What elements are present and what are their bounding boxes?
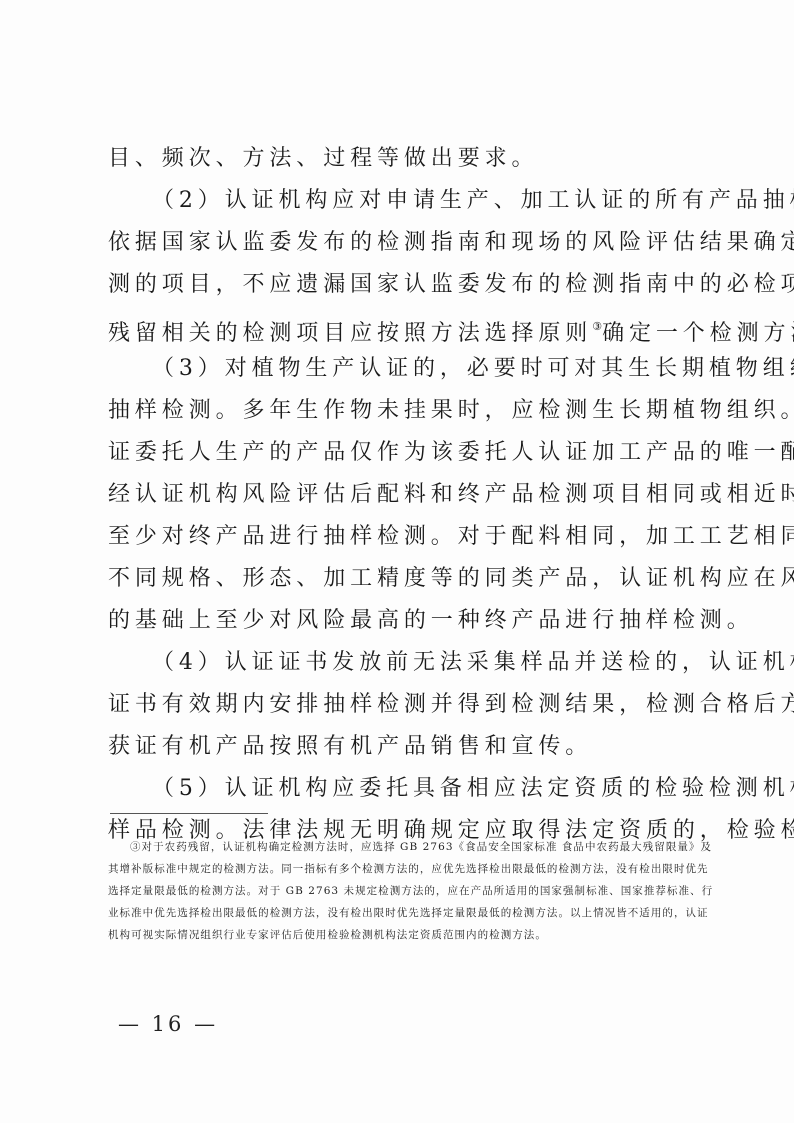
body-line-with-footnote-ref: 残留相关的检测项目应按照方法选择原则③确定一个检测方法。	[108, 306, 693, 348]
body-line: 证委托人生产的产品仅作为该委托人认证加工产品的唯一配料，且	[108, 432, 693, 474]
body-line: 获证有机产品按照有机产品销售和宣传。	[108, 726, 693, 768]
footnote-line: 选择定量限最低的检测方法。对于 GB 2763 未规定检测方法的，应在产品所适用…	[108, 880, 693, 902]
page-number: — 16 —	[118, 1012, 218, 1036]
paragraph-5-start: （5）认证机构应委托具备相应法定资质的检验检测机构进行	[108, 768, 693, 810]
footnote-reference[interactable]: ③	[592, 320, 602, 333]
body-line: 抽样检测。多年生作物未挂果时，应检测生长期植物组织。如果认	[108, 390, 693, 432]
body-line: 不同规格、形态、加工精度等的同类产品，认证机构应在风险评估	[108, 558, 693, 600]
body-line: 依据国家认监委发布的检测指南和现场的风险评估结果确定需检	[108, 222, 693, 264]
body-line-part: 残留相关的检测项目应按照方法选择原则	[108, 321, 592, 346]
paragraph-2-start: （2）认证机构应对申请生产、加工认证的所有产品抽样检测，	[108, 180, 693, 222]
body-line: 测的项目，不应遗漏国家认监委发布的检测指南中的必检项。农药	[108, 264, 693, 306]
body-line: 证书有效期内安排抽样检测并得到检测结果，检测合格后方可允许	[108, 684, 693, 726]
footnote: ③对于农药残留，认证机构确定检测方法时，应选择 GB 2763《食品安全国家标准…	[108, 836, 693, 946]
footnote-line: 其增补版标准中规定的检测方法。同一指标有多个检测方法的，应优先选择检出限最低的检…	[108, 858, 693, 880]
body-text: 目、频次、方法、过程等做出要求。 （2）认证机构应对申请生产、加工认证的所有产品…	[108, 138, 693, 852]
footnote-separator	[110, 813, 268, 814]
body-line: 至少对终产品进行抽样检测。对于配料相同，加工工艺相同，具有	[108, 516, 693, 558]
paragraph-4-start: （4）认证证书发放前无法采集样品并送检的，认证机构应在	[108, 642, 693, 684]
paragraph-3-start: （3）对植物生产认证的，必要时可对其生长期植物组织进行	[108, 348, 693, 390]
footnote-line: 机构可视实际情况组织行业专家评估后使用检验检测机构法定资质范围内的检测方法。	[108, 924, 693, 946]
body-line: 的基础上至少对风险最高的一种终产品进行抽样检测。	[108, 600, 693, 642]
body-line-part: 确定一个检测方法。	[602, 321, 794, 346]
body-line: 经认证机构风险评估后配料和终产品检测项目相同或相近时，则应	[108, 474, 693, 516]
body-line: 目、频次、方法、过程等做出要求。	[108, 138, 693, 180]
document-page: 目、频次、方法、过程等做出要求。 （2）认证机构应对申请生产、加工认证的所有产品…	[0, 0, 794, 1123]
footnote-line: 业标准中优先选择检出限最低的检测方法，没有检出限时优先选择定量限最低的检测方法。…	[108, 902, 693, 924]
footnote-line: ③对于农药残留，认证机构确定检测方法时，应选择 GB 2763《食品安全国家标准…	[108, 836, 693, 858]
